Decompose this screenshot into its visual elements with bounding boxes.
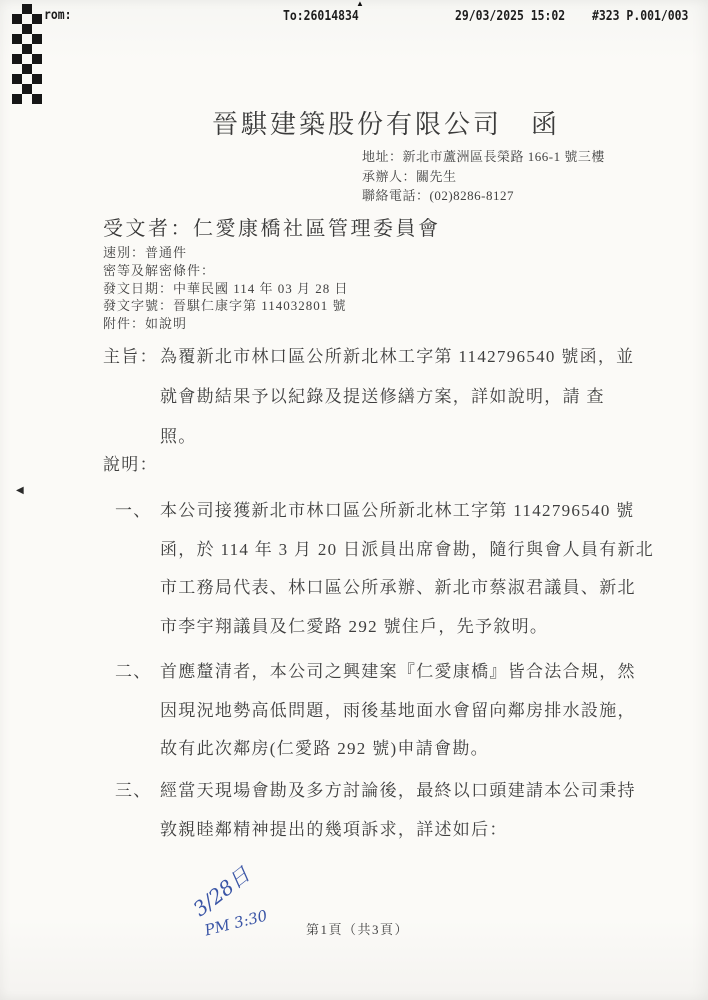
item-number: 一、 — [115, 492, 160, 531]
item-line: 本公司接獲新北市林口區公所新北林工字第 1142796540 號 — [160, 492, 654, 531]
fax-checkerboard-pattern — [12, 4, 42, 104]
explanation-item-1: 一、 本公司接獲新北市林口區公所新北林工字第 1142796540 號 函，於 … — [115, 492, 654, 646]
meta-issue-date: 發文日期：中華民國 114 年 03 月 28 日 — [103, 280, 349, 298]
subject-line: 為覆新北市林口區公所新北林工字第 1142796540 號函，並 — [160, 337, 634, 377]
page-number-footer: 第1頁（共3頁） — [306, 919, 409, 938]
fax-datetime: 29/03/2025 15:02 — [455, 9, 565, 24]
item-lines: 首應釐清者，本公司之興建案『仁愛康橋』皆合法合規，然 因現況地勢高低問題，雨後基… — [160, 653, 636, 769]
item-line: 故有此次鄰房(仁愛路 292 號)申請會勘。 — [160, 730, 636, 769]
item-line: 經當天現場會勘及多方討論後，最終以口頭建請本公司秉持 — [160, 772, 636, 811]
item-line: 因現況地勢高低問題，雨後基地面水會留向鄰房排水設施， — [160, 692, 636, 731]
meta-security: 密等及解密條件： — [103, 262, 349, 280]
item-number: 三、 — [115, 772, 160, 811]
meta-attachment: 附件：如說明 — [103, 315, 349, 333]
item-line: 首應釐清者，本公司之興建案『仁愛康橋』皆合法合規，然 — [160, 653, 636, 692]
letterhead-info: 地址：新北市蘆洲區長榮路 166-1 號三樓 承辦人：關先生 聯絡電話：(02)… — [362, 147, 605, 206]
explanation-item-2: 二、 首應釐清者，本公司之興建案『仁愛康橋』皆合法合規，然 因現況地勢高低問題，… — [115, 653, 636, 769]
fax-page-counter: #323 P.001/003 — [592, 9, 688, 24]
subject-label: 主旨： — [103, 337, 160, 377]
fax-document-page: rom: To:26014834 ▲ 29/03/2025 15:02 #323… — [0, 0, 708, 1000]
explanation-item-3: 三、 經當天現場會勘及多方討論後，最終以口頭建請本公司秉持 敦親睦鄰精神提出的幾… — [115, 772, 636, 849]
item-line: 敦親睦鄰精神提出的幾項訴求，詳述如后： — [160, 811, 636, 850]
triangle-up-icon: ▲ — [356, 0, 364, 8]
item-lines: 經當天現場會勘及多方討論後，最終以口頭建請本公司秉持 敦親睦鄰精神提出的幾項訴求… — [160, 772, 636, 849]
fax-from-label: rom: — [44, 8, 72, 23]
meta-speed: 速別：普通件 — [103, 244, 349, 262]
item-line: 函，於 114 年 3 月 20 日派員出席會勘，隨行與會人員有新北 — [160, 531, 654, 570]
handwritten-annotation: 3/28日 PM 3:30 — [178, 862, 298, 952]
contact-phone: 聯絡電話：(02)8286-8127 — [362, 186, 605, 206]
document-meta: 速別：普通件 密等及解密條件： 發文日期：中華民國 114 年 03 月 28 … — [103, 244, 349, 333]
triangle-left-icon: ◀ — [16, 486, 24, 496]
subject-lines: 為覆新北市林口區公所新北林工字第 1142796540 號函，並 就會勘結果予以… — [160, 337, 634, 457]
recipient-line: 受文者：仁愛康橋社區管理委員會 — [103, 212, 441, 241]
subject-block: 主旨： 為覆新北市林口區公所新北林工字第 1142796540 號函，並 就會勘… — [103, 337, 634, 457]
item-number: 二、 — [115, 653, 160, 692]
item-lines: 本公司接獲新北市林口區公所新北林工字第 1142796540 號 函，於 114… — [160, 492, 654, 646]
company-address: 地址：新北市蘆洲區長榮路 166-1 號三樓 — [362, 147, 605, 167]
fax-to-number: To:26014834 — [283, 9, 359, 24]
subject-line: 就會勘結果予以紀錄及提送修繕方案，詳如說明，請 查 — [160, 377, 634, 417]
item-line: 市李宇翔議員及仁愛路 292 號住戶，先予敘明。 — [160, 608, 654, 647]
company-title: 晉騏建築股份有限公司 函 — [32, 104, 708, 141]
meta-doc-number: 發文字號：晉騏仁康字第 114032801 號 — [103, 297, 349, 315]
explanation-label: 說明： — [103, 450, 158, 475]
subject-line: 照。 — [160, 417, 634, 457]
item-line: 市工務局代表、林口區公所承辦、新北市蔡淑君議員、新北 — [160, 569, 654, 608]
contact-person: 承辦人：關先生 — [362, 167, 605, 187]
